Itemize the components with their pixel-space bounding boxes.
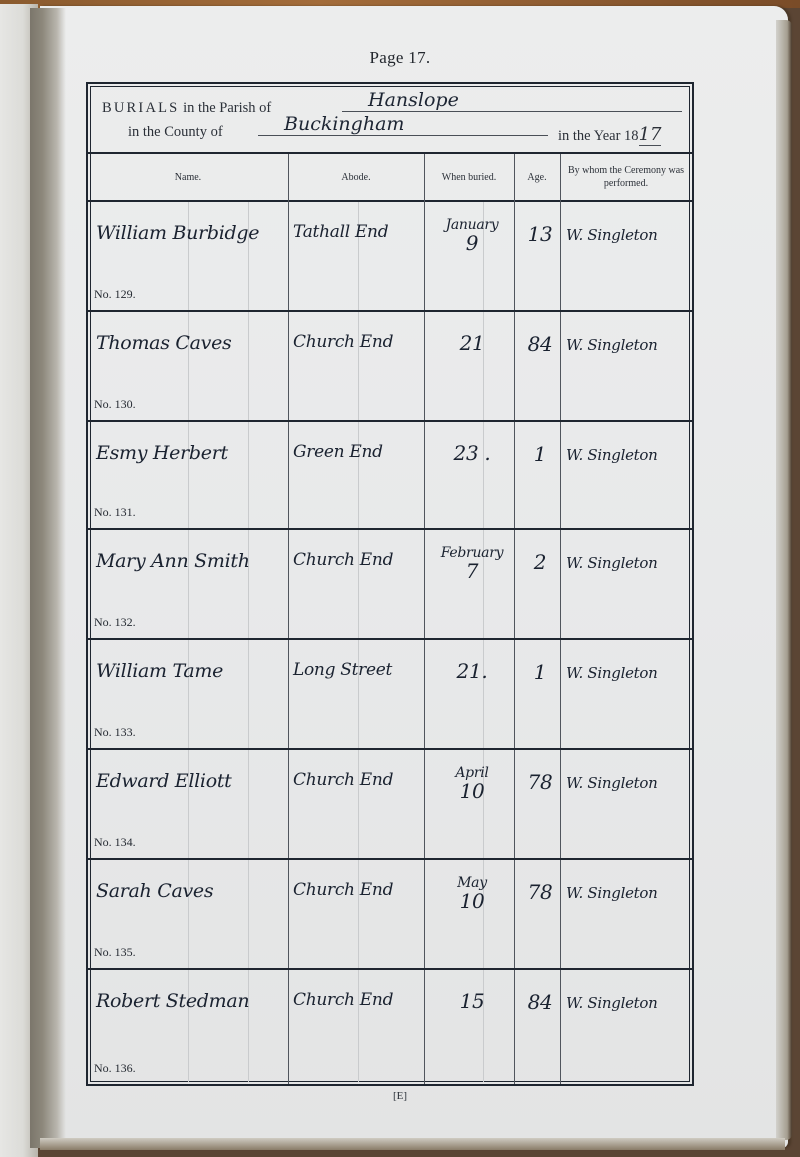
- entry-abode: Church End: [293, 770, 393, 790]
- book-spine-shadow: [30, 8, 66, 1148]
- entry-age: 2: [518, 550, 562, 574]
- column-header-abode: Abode.: [288, 154, 424, 200]
- column-header-row: Name. Abode. When buried. Age. By whom t…: [88, 154, 692, 202]
- table-row: Sarah Caves Church End May10 78 W. Singl…: [88, 860, 692, 970]
- entry-by-whom: W. Singleton: [566, 446, 657, 464]
- table-row: Mary Ann Smith Church End February7 2 W.…: [88, 530, 692, 640]
- entry-name: Esmy Herbert: [96, 442, 228, 464]
- column-header-by-whom: By whom the Ceremony was performed.: [560, 154, 692, 200]
- entry-age: 13: [518, 222, 562, 246]
- table-row: William Tame Long Street 21. 1 W. Single…: [88, 640, 692, 750]
- entry-name: Mary Ann Smith: [96, 550, 250, 572]
- entry-age: 1: [518, 442, 562, 466]
- entry-by-whom: W. Singleton: [566, 226, 657, 244]
- column-header-name: Name.: [88, 154, 288, 200]
- entry-when-buried: 21.: [428, 662, 516, 680]
- entry-when-buried: February7: [428, 544, 516, 580]
- entry-name: Edward Elliott: [96, 770, 232, 792]
- table-row: Robert Stedman Church End 15 84 W. Singl…: [88, 970, 692, 1084]
- burials-label: BURIALS: [102, 100, 179, 116]
- heading-line-parish: BURIALS in the Parish of: [102, 100, 271, 117]
- entry-by-whom: W. Singleton: [566, 884, 657, 902]
- entry-name: William Tame: [96, 660, 223, 682]
- entry-day: 10: [428, 782, 516, 800]
- entry-age: 78: [518, 770, 562, 794]
- heading-line-county: in the County of: [128, 124, 223, 141]
- page-edge-right: [776, 20, 792, 1140]
- entry-name: Sarah Caves: [96, 880, 213, 902]
- entry-by-whom: W. Singleton: [566, 554, 657, 572]
- entry-abode: Tathall End: [293, 222, 388, 242]
- entry-abode: Church End: [293, 332, 393, 352]
- county-field: Buckingham: [258, 114, 548, 136]
- entry-number: No. 130.: [94, 397, 136, 412]
- entry-abode: Church End: [293, 990, 393, 1010]
- entry-abode: Church End: [293, 880, 393, 900]
- entry-by-whom: W. Singleton: [566, 336, 657, 354]
- page-edge-bottom: [40, 1138, 785, 1150]
- parish-field: Hanslope: [342, 90, 682, 112]
- entry-age: 78: [518, 880, 562, 904]
- entry-when-buried: 23 .: [428, 444, 516, 462]
- year-label: in the Year 18: [558, 128, 639, 144]
- entry-number: No. 134.: [94, 835, 136, 850]
- table-row: Thomas Caves Church End 21 84 W. Singlet…: [88, 312, 692, 422]
- entry-by-whom: W. Singleton: [566, 664, 657, 682]
- entry-day: 9: [428, 234, 516, 252]
- year-value: 17: [639, 124, 662, 146]
- entry-age: 1: [518, 660, 562, 684]
- page-title: Page 17.: [0, 48, 800, 68]
- register-heading: BURIALS in the Parish of Hanslope in the…: [88, 84, 692, 154]
- entry-number: No. 133.: [94, 725, 136, 740]
- entry-number: No. 136.: [94, 1061, 136, 1076]
- entry-when-buried: 15: [428, 992, 516, 1010]
- entry-when-buried: 21: [428, 334, 516, 352]
- entry-by-whom: W. Singleton: [566, 774, 657, 792]
- table-row: Esmy Herbert Green End 23 . 1 W. Singlet…: [88, 422, 692, 530]
- table-row: Edward Elliott Church End April10 78 W. …: [88, 750, 692, 860]
- entry-abode: Green End: [293, 442, 383, 462]
- entry-number: No. 132.: [94, 615, 136, 630]
- entry-age: 84: [518, 990, 562, 1014]
- entry-number: No. 131.: [94, 505, 136, 520]
- entry-by-whom: W. Singleton: [566, 994, 657, 1012]
- column-header-when-buried: When buried.: [424, 154, 514, 200]
- signature-mark: [E]: [0, 1090, 800, 1102]
- entry-abode: Church End: [293, 550, 393, 570]
- entry-abode: Long Street: [293, 660, 392, 680]
- entry-name: Thomas Caves: [96, 332, 231, 354]
- entry-when-buried: April10: [428, 764, 516, 800]
- burial-register-table: BURIALS in the Parish of Hanslope in the…: [86, 82, 694, 1086]
- entry-day: 7: [428, 562, 516, 580]
- entry-name: William Burbidge: [96, 222, 259, 244]
- entry-when-buried: January9: [428, 216, 516, 252]
- table-row: William Burbidge Tathall End January9 13…: [88, 202, 692, 312]
- entry-age: 84: [518, 332, 562, 356]
- entry-number: No. 129.: [94, 287, 136, 302]
- entry-day: 10: [428, 892, 516, 910]
- entry-name: Robert Stedman: [96, 990, 249, 1012]
- entry-when-buried: May10: [428, 874, 516, 910]
- year-line: in the Year 1817: [558, 124, 661, 145]
- column-header-age: Age.: [514, 154, 560, 200]
- entry-number: No. 135.: [94, 945, 136, 960]
